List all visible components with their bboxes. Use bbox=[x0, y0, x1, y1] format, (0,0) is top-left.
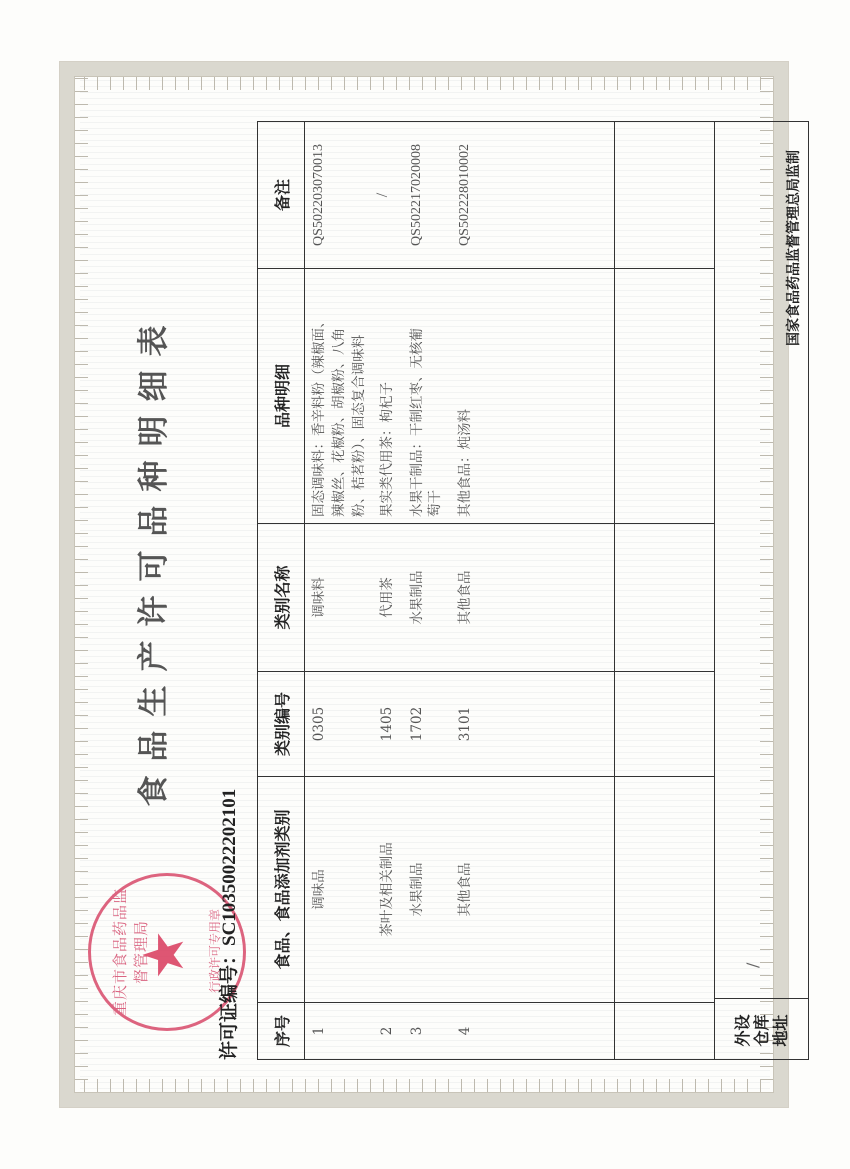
table-cell: 粉、桔茗粉）、固态复合调味料 bbox=[349, 275, 369, 517]
table-cell: 2 bbox=[377, 1003, 397, 1059]
warehouse-label-line: 外设 bbox=[733, 1015, 752, 1047]
license-number-line: 许可证编号：SC10350022202101 bbox=[214, 789, 241, 1060]
warehouse-label-line: 仓库 bbox=[752, 1015, 771, 1047]
table-cell: 固态调味料：香辛料粉（辣椒面、 bbox=[309, 275, 329, 517]
license-label: 许可证编号： bbox=[219, 946, 240, 1060]
table-cell bbox=[615, 672, 715, 777]
header-code: 类别编号 bbox=[258, 672, 305, 777]
table-cell: 调味品 bbox=[309, 777, 329, 1002]
table-cell: 3101 bbox=[455, 672, 475, 776]
table-cell: 茶叶及相关制品 bbox=[377, 777, 397, 1002]
table-cell: 1702 bbox=[407, 672, 427, 776]
table-cell bbox=[615, 777, 715, 1003]
table-cell: 萄干 bbox=[425, 275, 445, 517]
star-icon: ★ bbox=[137, 930, 193, 980]
header-note: 备注 bbox=[258, 122, 305, 269]
table-cell: QS502228010002 bbox=[455, 122, 475, 268]
warehouse-value: / bbox=[743, 963, 762, 968]
note-column: QS502203070013 / QS502217020008 QS502228… bbox=[305, 122, 615, 269]
variety-detail-table: 序号 食品、食品添加剂类别 类别编号 类别名称 品种明细 备注 1 2 3 4 … bbox=[257, 121, 809, 1060]
table-cell: 水果干制品：干制红枣、无核葡 bbox=[407, 275, 427, 517]
header-name: 类别名称 bbox=[258, 524, 305, 672]
license-number: SC10350022202101 bbox=[219, 789, 240, 946]
table-cell: QS502217020008 bbox=[407, 122, 427, 268]
table-cell: QS502203070013 bbox=[309, 122, 329, 268]
table-cell: 代用茶 bbox=[377, 524, 397, 671]
table-cell bbox=[615, 524, 715, 672]
seq-column: 1 2 3 4 bbox=[305, 1003, 615, 1060]
header-category: 食品、食品添加剂类别 bbox=[258, 777, 305, 1003]
table-cell bbox=[615, 1003, 715, 1060]
detail-column: 固态调味料：香辛料粉（辣椒面、 辣椒丝、花椒粉、胡椒粉、八角 粉、桔茗粉）、固态… bbox=[305, 269, 615, 524]
table-cell bbox=[615, 122, 715, 269]
page-title: 食品生产许可品种明细表 bbox=[128, 209, 173, 909]
issuer-footer: 国家食品药品监督管理总局监制 bbox=[783, 150, 803, 346]
table-header-row: 序号 食品、食品添加剂类别 类别编号 类别名称 品种明细 备注 bbox=[258, 122, 305, 1060]
table-cell: / bbox=[373, 122, 393, 268]
warehouse-label: 外设 仓库 地址 bbox=[715, 1002, 808, 1059]
table-cell: 水果制品 bbox=[407, 524, 427, 671]
table-cell: 4 bbox=[455, 1003, 475, 1059]
table-cell: 3 bbox=[407, 1003, 427, 1059]
table-cell: 1 bbox=[309, 1003, 329, 1059]
table-cell: 其他食品：炖汤料 bbox=[455, 275, 475, 517]
table-cell: 1405 bbox=[377, 672, 397, 776]
name-column: 调味料 代用茶 水果制品 其他食品 bbox=[305, 524, 615, 672]
table-cell: 水果制品 bbox=[407, 777, 427, 1002]
table-cell: 其他食品 bbox=[455, 777, 475, 1002]
rotated-document: 食品生产许可品种明细表 重庆市食品药品监督管理局 ★ 行政许可专用章 许可证编号… bbox=[0, 0, 850, 1169]
table-cell bbox=[615, 269, 715, 524]
table-cell: 其他食品 bbox=[455, 524, 475, 671]
table-cell: 调味料 bbox=[309, 524, 329, 671]
table-cell: 果实类代用茶：枸杞子 bbox=[377, 275, 397, 517]
table-empty-row bbox=[615, 122, 715, 1060]
warehouse-label-line: 地址 bbox=[771, 1015, 790, 1047]
header-detail: 品种明细 bbox=[258, 269, 305, 524]
table-cell: 辣椒丝、花椒粉、胡椒粉、八角 bbox=[329, 275, 349, 517]
category-column: 调味品 茶叶及相关制品 水果制品 其他食品 bbox=[305, 777, 615, 1003]
code-column: 0305 1405 1702 3101 bbox=[305, 672, 615, 777]
header-seq: 序号 bbox=[258, 1003, 305, 1060]
table-cell: 0305 bbox=[309, 672, 329, 776]
table-body-row: 1 2 3 4 调味品 茶叶及相关制品 水果制品 其他食品 0305 1405 bbox=[305, 122, 615, 1060]
warehouse-value-area: / bbox=[715, 798, 808, 999]
